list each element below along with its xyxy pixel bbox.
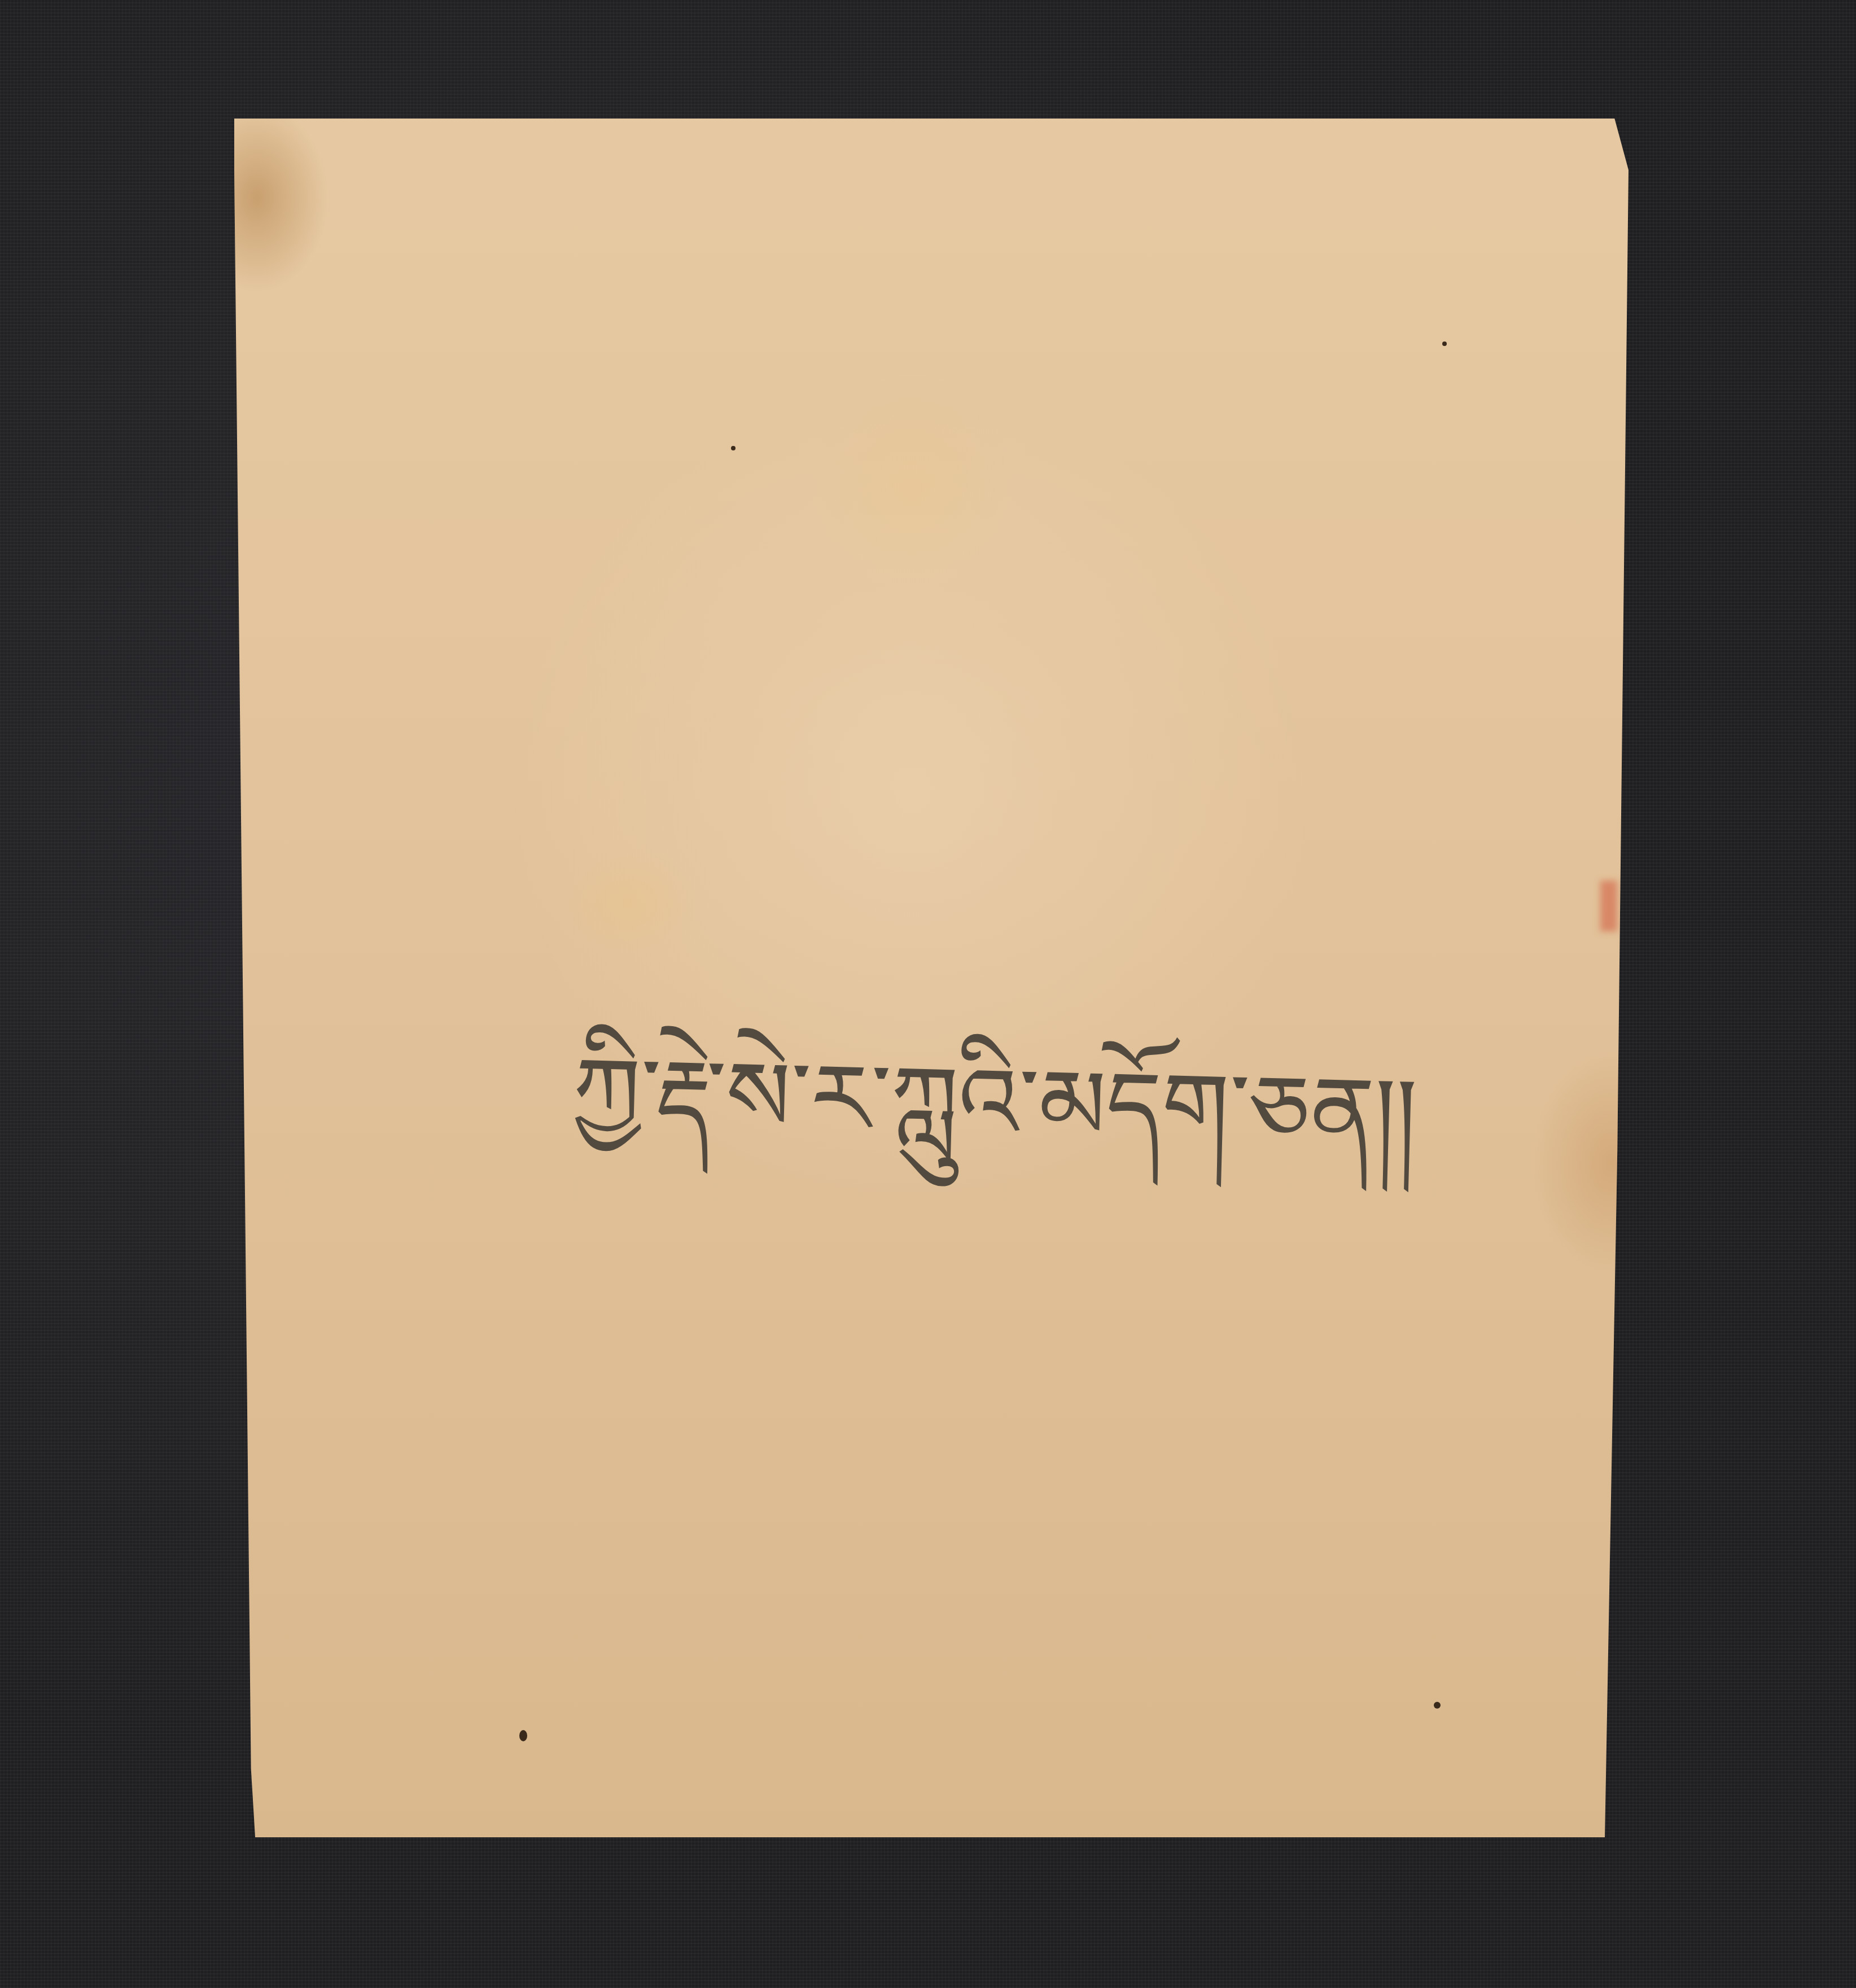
tibetan-inscription: ཀྱི་རྡེ་སེ་ར་ཀླུའི་མདོག་ཅན།།: [572, 1044, 1418, 1162]
red-pigment-mark: [1600, 881, 1617, 931]
paper-hole: [1434, 1702, 1441, 1709]
paper-speck: [731, 446, 736, 450]
paper-speck: [1442, 341, 1447, 346]
paper-card: ཀྱི་རྡེ་སེ་ར་ཀླུའི་མདོག་ཅན།།: [234, 119, 1629, 1837]
paper-speck: [519, 1730, 527, 1741]
